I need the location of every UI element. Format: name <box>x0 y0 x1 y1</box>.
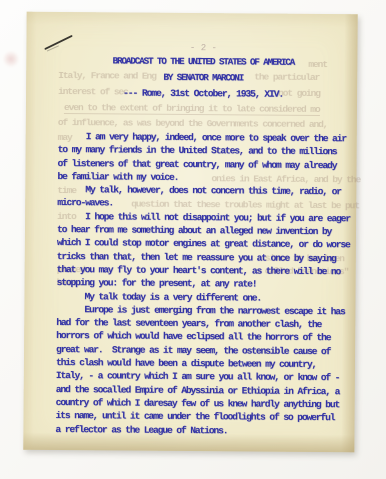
document-byline: BY SENATOR MARCONI <box>56 71 350 84</box>
red-smudge-mark <box>3 50 19 68</box>
ghost-text-fragment: even to the extent of bringing it to lat… <box>64 102 320 116</box>
ghost-text-fragment: of influence, as was beyond the Governme… <box>58 117 328 130</box>
document-dateline: --- Rome, 31st October, 1935, XIV. <box>56 87 350 100</box>
document-body: I am very happy, indeed, once more to sp… <box>55 131 351 439</box>
document-title: BROADCAST TO THE UNITED STATES OF AMERIC… <box>56 55 350 68</box>
scanned-typescript-page: mentItaly, France and Engthe particulari… <box>23 12 357 453</box>
body-line: a reflector as the League of Nations. <box>55 423 349 439</box>
page-number: - 2 - <box>56 42 350 54</box>
